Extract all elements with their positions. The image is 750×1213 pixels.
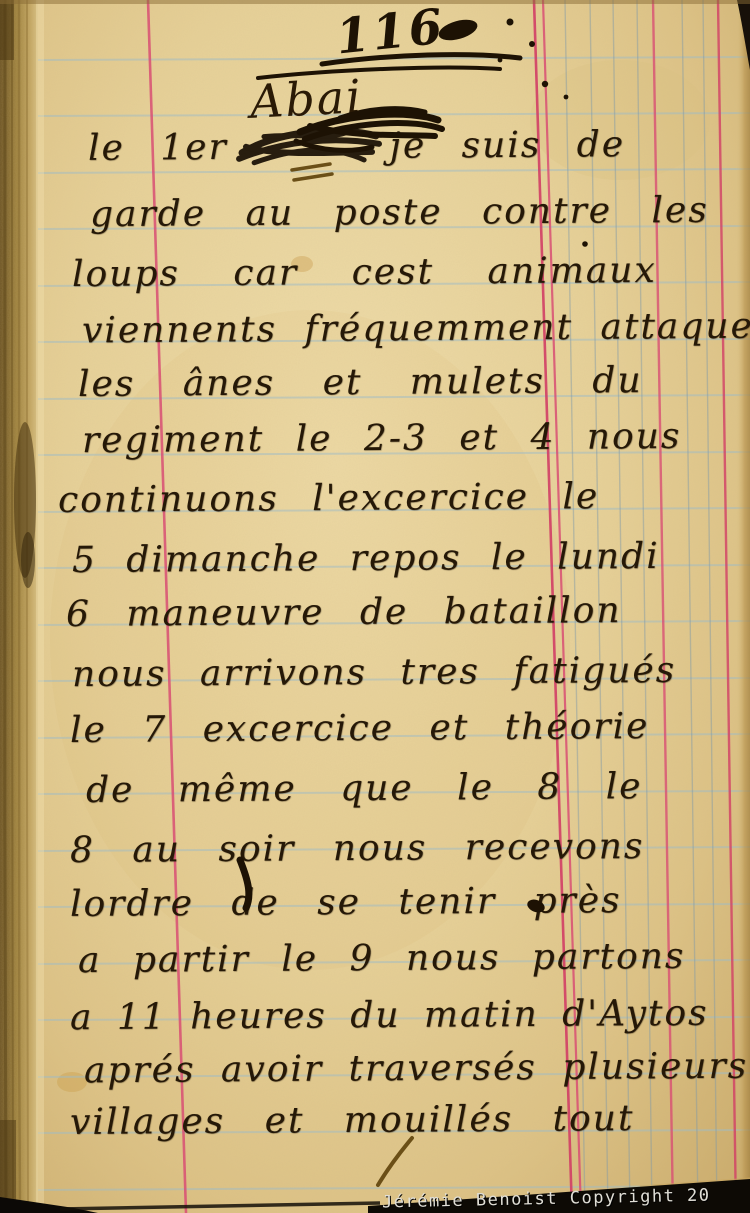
handwritten-line: le 1er je suis de xyxy=(88,120,625,170)
line-text: le 1er xyxy=(88,127,228,169)
handwritten-line: 5 dimanche repos le lundi xyxy=(72,536,660,581)
handwritten-line: le 7 excercice et théorie xyxy=(70,706,650,751)
handwritten-line: a 11 heures du matin d'Aytos xyxy=(70,993,709,1038)
handwritten-line: a partir le 9 nous partons xyxy=(78,936,686,981)
crossed-out-word-scribble xyxy=(234,122,384,169)
handwritten-line: garde au poste contre les xyxy=(90,190,709,235)
handwritten-line: 6 maneuvre de bataillon xyxy=(66,590,622,635)
month-heading: Abai xyxy=(249,69,364,129)
line-text: je suis de xyxy=(390,124,626,167)
handwritten-line: 8 au soir nous recevons xyxy=(70,826,645,871)
handwritten-line: lordre de se tenir près xyxy=(70,880,622,925)
handwritten-line: regiment le 2-3 et 4 nous xyxy=(82,416,682,461)
handwritten-line: nous arrivons tres fatigués xyxy=(72,650,676,695)
handwriting-layer: 116 Abai le 1er je suis de garde au post… xyxy=(0,0,750,1213)
handwritten-line: loups car cest animaux xyxy=(72,250,657,295)
handwritten-line: continuons l'excercice le xyxy=(58,476,600,521)
diary-page-photo: 116 Abai le 1er je suis de garde au post… xyxy=(0,0,750,1213)
handwritten-line: viennents fréquemment attaquer xyxy=(82,306,750,352)
handwritten-line: villages et mouillés tout xyxy=(70,1098,635,1143)
handwritten-line: les ânes et mulets du xyxy=(78,360,643,405)
handwritten-line: aprés avoir traversés plusieurs xyxy=(84,1046,748,1092)
handwritten-line: de même que le 8 le xyxy=(86,766,643,811)
page-number: 116 xyxy=(333,0,447,66)
